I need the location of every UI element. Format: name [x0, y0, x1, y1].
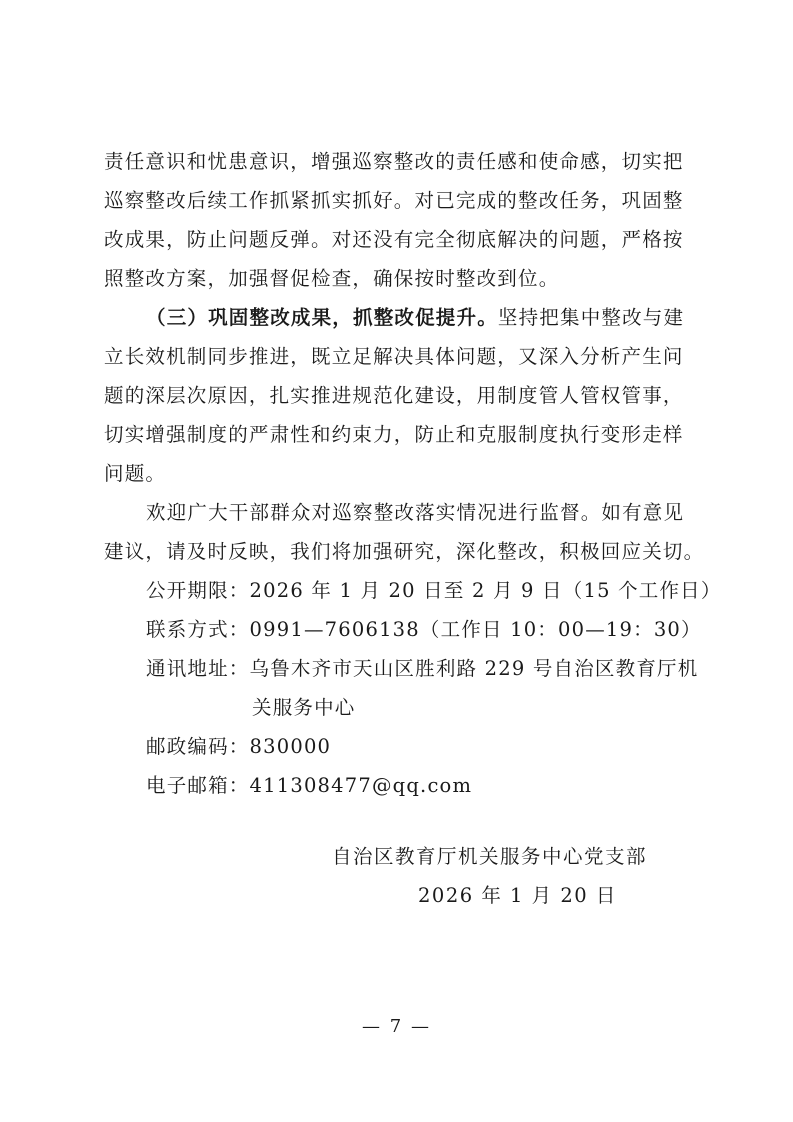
phone-label: 联系方式： — [146, 618, 250, 641]
paragraph-1-line-3: 改成果，防止问题反弹。对还没有完全彻底解决的问题，严格按 — [104, 228, 694, 252]
page-number: — 7 — — [0, 1016, 793, 1037]
signature-date: 2026 年 1 月 20 日 — [418, 880, 617, 908]
paragraph-1-line-4: 照整改方案，加强督促检查，确保按时整改到位。 — [104, 267, 694, 291]
period-label: 公开期限： — [146, 579, 250, 602]
period-value: 2026 年 1 月 20 日至 2 月 9 日（15 个工作日） — [250, 579, 722, 602]
contact-period: 公开期限：2026 年 1 月 20 日至 2 月 9 日（15 个工作日） — [146, 579, 736, 603]
postcode-value: 830000 — [250, 735, 332, 758]
contact-address: 通讯地址：乌鲁木齐市天山区胜利路 229 号自治区教育厅机 — [146, 657, 736, 681]
paragraph-1-line-1: 责任意识和忧患意识，增强巡察整改的责任感和使命感，切实把 — [104, 150, 694, 174]
phone-value: 0991—7606138（工作日 10：00—19：30） — [250, 618, 702, 641]
paragraph-2-line-1: （三）巩固整改成果，抓整改促提升。坚持把集中整改与建 — [146, 306, 736, 330]
contact-email: 电子邮箱：411308477@qq.com — [146, 774, 736, 798]
email-value[interactable]: 411308477@qq.com — [250, 774, 473, 797]
section-heading: （三）巩固整改成果，抓整改促提升。 — [146, 306, 498, 329]
contact-address-continued: 关服务中心 — [252, 696, 793, 720]
email-label: 电子邮箱： — [146, 774, 250, 797]
paragraph-1-line-2: 巡察整改后续工作抓紧抓实抓好。对已完成的整改任务，巩固整 — [104, 189, 694, 213]
address-value: 乌鲁木齐市天山区胜利路 229 号自治区教育厅机 — [250, 657, 699, 680]
paragraph-2-line-2: 立长效机制同步推进，既立足解决具体问题，又深入分析产生问 — [104, 345, 694, 369]
paragraph-3-line-1: 欢迎广大干部群众对巡察整改落实情况进行监督。如有意见 — [146, 501, 736, 525]
paragraph-2-text: 坚持把集中整改与建 — [498, 306, 684, 329]
paragraph-3-line-2: 建议，请及时反映，我们将加强研究，深化整改，积极回应关切。 — [104, 540, 694, 564]
signature-organization: 自治区教育厅机关服务中心党支部 — [332, 841, 647, 869]
postcode-label: 邮政编码： — [146, 735, 250, 758]
paragraph-2-line-3: 题的深层次原因，扎实推进规范化建设，用制度管人管权管事， — [104, 384, 694, 408]
contact-postcode: 邮政编码：830000 — [146, 735, 736, 759]
paragraph-2-line-5: 问题。 — [104, 462, 694, 486]
contact-phone: 联系方式：0991—7606138（工作日 10：00—19：30） — [146, 618, 736, 642]
address-label: 通讯地址： — [146, 657, 250, 680]
paragraph-2-line-4: 切实增强制度的严肃性和约束力，防止和克服制度执行变形走样 — [104, 423, 694, 447]
